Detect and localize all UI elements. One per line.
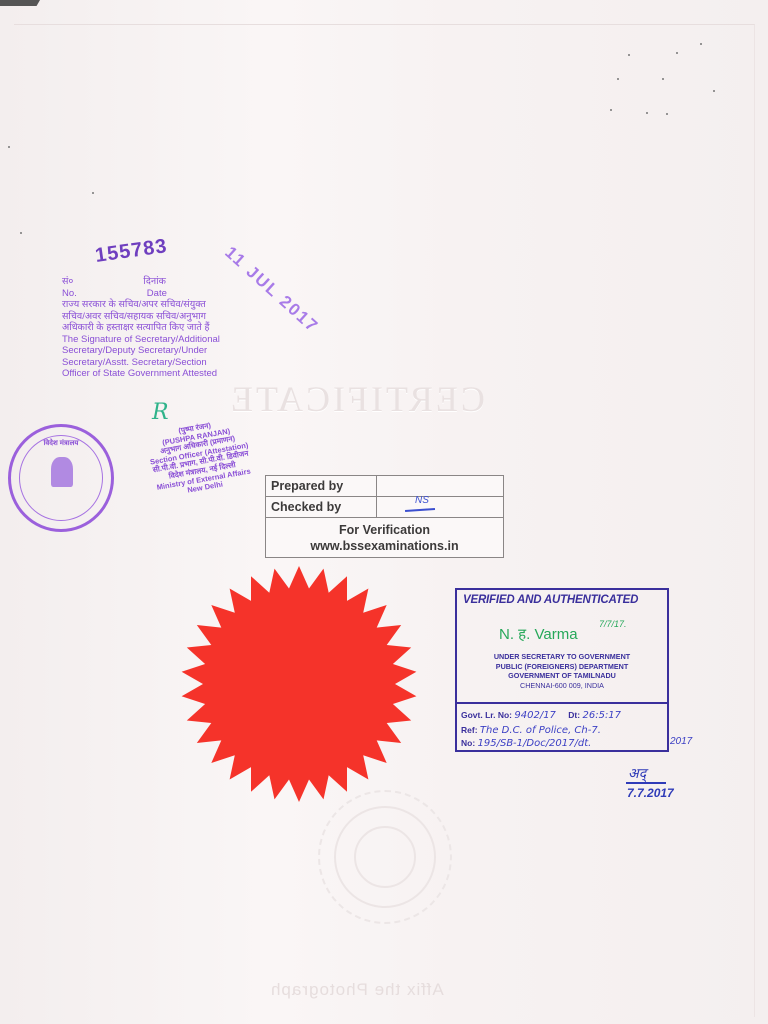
office-line: PUBLIC (FOREIGNERS) DEPARTMENT (457, 662, 667, 672)
prepared-by-label: Prepared by (266, 476, 377, 496)
embossed-seal (318, 790, 452, 924)
office-line: GOVERNMENT OF TAMILNADU (457, 671, 667, 681)
document-page: CERTIFICATE Affix the Photograph 155783 … (0, 0, 768, 1024)
emblem-icon (51, 457, 73, 487)
stamp-line-hi: अधिकारी के हस्ताक्षर सत्यापित किए जाते ह… (62, 322, 282, 334)
prepared-by-value (377, 476, 503, 496)
no-label: No: (461, 738, 475, 748)
verification-stamp: VERIFIED AND AUTHENTICATED N. ह. Varma 7… (455, 588, 669, 752)
stamp-line-hi: राज्य सरकार के सचिव/अपर सचिव/संयुक्त (62, 299, 282, 311)
speck (666, 113, 668, 115)
speck (617, 78, 619, 80)
speck (20, 232, 22, 234)
speck (700, 43, 702, 45)
checked-by-initials: NS (415, 495, 429, 506)
verification-box: Prepared by Checked by NS For Verificati… (265, 475, 504, 558)
dt-label: Dt: (568, 710, 580, 720)
speck (662, 78, 664, 80)
no-line: No: 195/SB-1/Doc/2017/dt. (461, 738, 591, 749)
checked-by-cell: NS (377, 497, 503, 517)
office-line: UNDER SECRETARY TO GOVERNMENT (457, 652, 667, 662)
round-seal: विदेश मंत्रालय (8, 424, 114, 532)
no-value-overflow: 2017 (670, 736, 692, 747)
stamp-line-en: Secretary/Asstt. Secretary/Section (62, 357, 282, 369)
office-line: CHENNAI-600 009, INDIA (457, 681, 667, 691)
verification-footer: For Verification www.bssexaminations.in (266, 518, 503, 557)
show-through-title: CERTIFICATE (228, 378, 485, 420)
verification-url[interactable]: www.bssexaminations.in (266, 538, 503, 554)
no-label: No. (62, 288, 77, 300)
signature-underline (626, 782, 666, 784)
scan-corner (0, 0, 40, 6)
bottom-signature-date: 7.7.2017 (627, 786, 674, 800)
attestation-stamp: सं० दिनांक No. Date राज्य सरकार के सचिव/… (62, 276, 282, 380)
verification-heading: For Verification (266, 522, 503, 538)
ref-value: The D.C. of Police, Ch-7. (480, 725, 601, 736)
stamp-title: VERIFIED AND AUTHENTICATED (457, 590, 667, 606)
officer-signature: N. ह. Varma (499, 624, 578, 644)
speck (628, 54, 630, 56)
signature-mark: R (152, 400, 178, 426)
govt-letter-line: Govt. Lr. No: 9402/17 Dt: 26:5:17 (461, 710, 621, 721)
dt-value: 26:5:17 (582, 710, 621, 721)
speck (92, 192, 94, 194)
stamp-line-en: The Signature of Secretary/Additional (62, 334, 282, 346)
date-label-hi: दिनांक (143, 276, 166, 288)
speck (8, 146, 10, 148)
speck (676, 52, 678, 54)
prepared-by-row: Prepared by (266, 476, 503, 497)
stamp-line-en: Secretary/Deputy Secretary/Under (62, 345, 282, 357)
govt-lr-value: 9402/17 (514, 710, 556, 721)
checked-by-row: Checked by NS (266, 497, 503, 518)
red-seal (180, 565, 418, 803)
ref-label: Ref: (461, 725, 478, 735)
signature-date: 7/7/17. (599, 620, 627, 629)
emboss-ring (354, 826, 416, 888)
seal-text: विदेश मंत्रालय (11, 439, 111, 448)
speck (610, 109, 612, 111)
checked-by-label: Checked by (266, 497, 377, 517)
no-label-hi: सं० (62, 276, 73, 288)
show-through-footer: Affix the Photograph (270, 980, 444, 1000)
speck (646, 112, 648, 114)
stamp-line-hi: सचिव/अवर सचिव/सहायक सचिव/अनुभाग (62, 311, 282, 323)
office-block: UNDER SECRETARY TO GOVERNMENT PUBLIC (FO… (457, 652, 667, 690)
ref-line: Ref: The D.C. of Police, Ch-7. (461, 725, 601, 736)
speck (713, 90, 715, 92)
stamp-line-en: Officer of State Government Attested (62, 368, 282, 380)
govt-lr-label: Govt. Lr. No: (461, 710, 512, 720)
date-label: Date (147, 288, 167, 300)
bottom-initials: अद् (628, 764, 646, 783)
stamp-divider (457, 702, 667, 704)
no-value: 195/SB-1/Doc/2017/dt. (478, 738, 592, 749)
